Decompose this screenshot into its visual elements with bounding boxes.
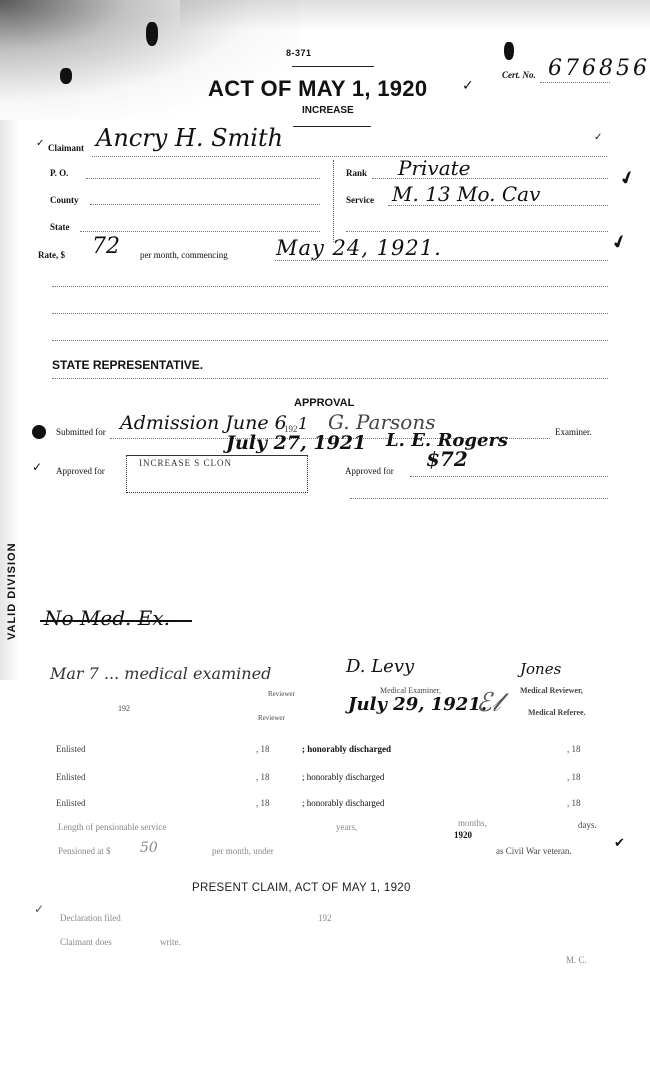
ink-blot	[60, 68, 72, 84]
submitted-value: Admission June 6	[120, 412, 287, 434]
rank-line	[372, 178, 608, 179]
cert-number: 676856	[548, 56, 650, 81]
scan-noise-top	[180, 0, 650, 30]
po-field[interactable]	[86, 178, 320, 179]
blank-line	[52, 340, 608, 341]
writes-label: write.	[160, 937, 181, 947]
document-subtitle: INCREASE	[302, 105, 354, 116]
checkmark-icon: ✔	[617, 166, 638, 191]
second-date: July 27, 1921	[226, 432, 366, 454]
state-field[interactable]	[80, 231, 320, 232]
checkmark-icon: ✓	[462, 78, 474, 94]
reviewer-label: Reviewer	[268, 690, 295, 698]
claimant-does-label: Claimant does	[60, 937, 112, 947]
increase-stamp: INCREASE S CLON	[126, 455, 308, 493]
cert-line	[540, 82, 610, 83]
rate-label: Rate, $	[38, 250, 65, 260]
form-number: 8-371	[286, 48, 312, 58]
per-month-under-label: per month, under	[212, 846, 274, 856]
checkmark-icon: ✓	[36, 138, 44, 149]
service-value: M. 13 Mo. Cav	[392, 182, 540, 206]
civil-war-label: as Civil War veteran.	[496, 846, 572, 856]
days-label: days.	[578, 820, 597, 830]
medical-date: July 29, 1921.	[348, 694, 487, 715]
enlisted-year: , 18	[256, 744, 270, 754]
claimant-label: Claimant	[48, 143, 84, 153]
discharge-year: , 18	[567, 744, 581, 754]
act-year: 1920	[454, 830, 472, 840]
checkmark-icon: ✓	[594, 132, 602, 143]
present-claim-heading: PRESENT CLAIM, ACT OF MAY 1, 1920	[192, 882, 411, 894]
crossed-note: No Med. Ex.	[44, 606, 170, 630]
blank-line	[52, 286, 608, 287]
declaration-label: Declaration filed	[60, 913, 121, 923]
submitted-label: Submitted for	[56, 427, 106, 437]
strike-line	[40, 620, 192, 622]
service-row: Enlisted , 18 ; honorably discharged , 1…	[0, 768, 650, 790]
county-label: County	[50, 195, 79, 205]
medical-reviewer-signature: Jones	[520, 660, 561, 678]
claimant-line	[92, 156, 607, 157]
blank-line	[346, 231, 608, 232]
pensioned-label: Pensioned at $	[58, 846, 111, 856]
examiner-label: Examiner.	[555, 427, 592, 437]
approved-amount: $72	[426, 447, 468, 471]
state-rep-line	[52, 378, 608, 379]
months-label: months,	[458, 818, 487, 828]
divider	[293, 126, 371, 127]
ink-mark	[32, 425, 46, 439]
blank-line	[52, 313, 608, 314]
reviewer-label-2: Reviewer	[258, 714, 285, 722]
service-row: Enlisted , 18 ; honorably discharged , 1…	[0, 794, 650, 816]
discharged-label: ; honorably discharged	[302, 744, 391, 754]
discharge-year: , 18	[567, 772, 581, 782]
signature-scribble: ℰ𝓁	[476, 688, 500, 719]
ink-blot	[146, 22, 158, 46]
enlisted-year: , 18	[256, 772, 270, 782]
length-of-service-label: Length of pensionable service	[58, 822, 166, 832]
commencing-line	[275, 260, 608, 261]
checkmark-icon: ✓	[32, 460, 42, 474]
claimant-name: Ancry H. Smith	[96, 124, 283, 152]
side-stamp: VALID DIVISION	[6, 490, 18, 640]
document-title: ACT OF MAY 1, 1920	[208, 76, 427, 102]
discharge-year: , 18	[567, 798, 581, 808]
blank-line	[350, 498, 608, 499]
cert-label: Cert. No.	[502, 70, 536, 80]
enlisted-year: , 18	[256, 798, 270, 808]
rank-value: Private	[398, 156, 471, 180]
divider	[292, 66, 374, 67]
column-divider	[333, 160, 334, 242]
state-representative-label: STATE REPRESENTATIVE.	[52, 358, 203, 372]
approved-line	[410, 476, 608, 477]
reviewer-year: 192	[118, 704, 130, 713]
enlisted-label: Enlisted	[56, 744, 86, 754]
approved-for-left-label: Approved for	[56, 466, 105, 476]
ink-blot	[504, 42, 514, 60]
medical-referee-label: Medical Referee.	[528, 708, 586, 717]
stamp-text: INCREASE S CLON	[139, 458, 232, 468]
discharged-label: ; honorably discharged	[302, 798, 384, 808]
checkmark-icon: ✔	[609, 230, 630, 255]
enlisted-label: Enlisted	[56, 798, 86, 808]
checkmark-icon: ✔	[614, 836, 625, 851]
years-label: years,	[336, 822, 357, 832]
rank-label: Rank	[346, 168, 367, 178]
per-month-label: per month, commencing	[140, 250, 228, 260]
declaration-year: 192	[318, 913, 332, 923]
checkmark-icon: ✓	[34, 902, 44, 916]
reviewer-note: Mar 7 ... medical examined	[50, 664, 271, 683]
commencing-date: May 24, 1921.	[276, 236, 442, 260]
medical-examiner-signature: D. Levy	[346, 656, 414, 677]
county-field[interactable]	[90, 204, 320, 205]
service-row: Enlisted , 18 ; honorably discharged , 1…	[0, 740, 650, 762]
service-line	[388, 205, 608, 206]
state-label: State	[50, 222, 70, 232]
year-suffix: 1	[298, 414, 308, 433]
approval-heading: APPROVAL	[294, 397, 354, 409]
enlisted-label: Enlisted	[56, 772, 86, 782]
discharged-label: ; honorably discharged	[302, 772, 384, 782]
rate-value: 72	[92, 234, 120, 259]
service-label: Service	[346, 195, 374, 205]
pensioned-value: 50	[140, 840, 158, 856]
po-label: P. O.	[50, 168, 68, 178]
medical-reviewer-label: Medical Reviewer,	[520, 686, 583, 695]
approved-for-right-label: Approved for	[345, 466, 394, 476]
mc-label: M. C.	[566, 955, 587, 965]
